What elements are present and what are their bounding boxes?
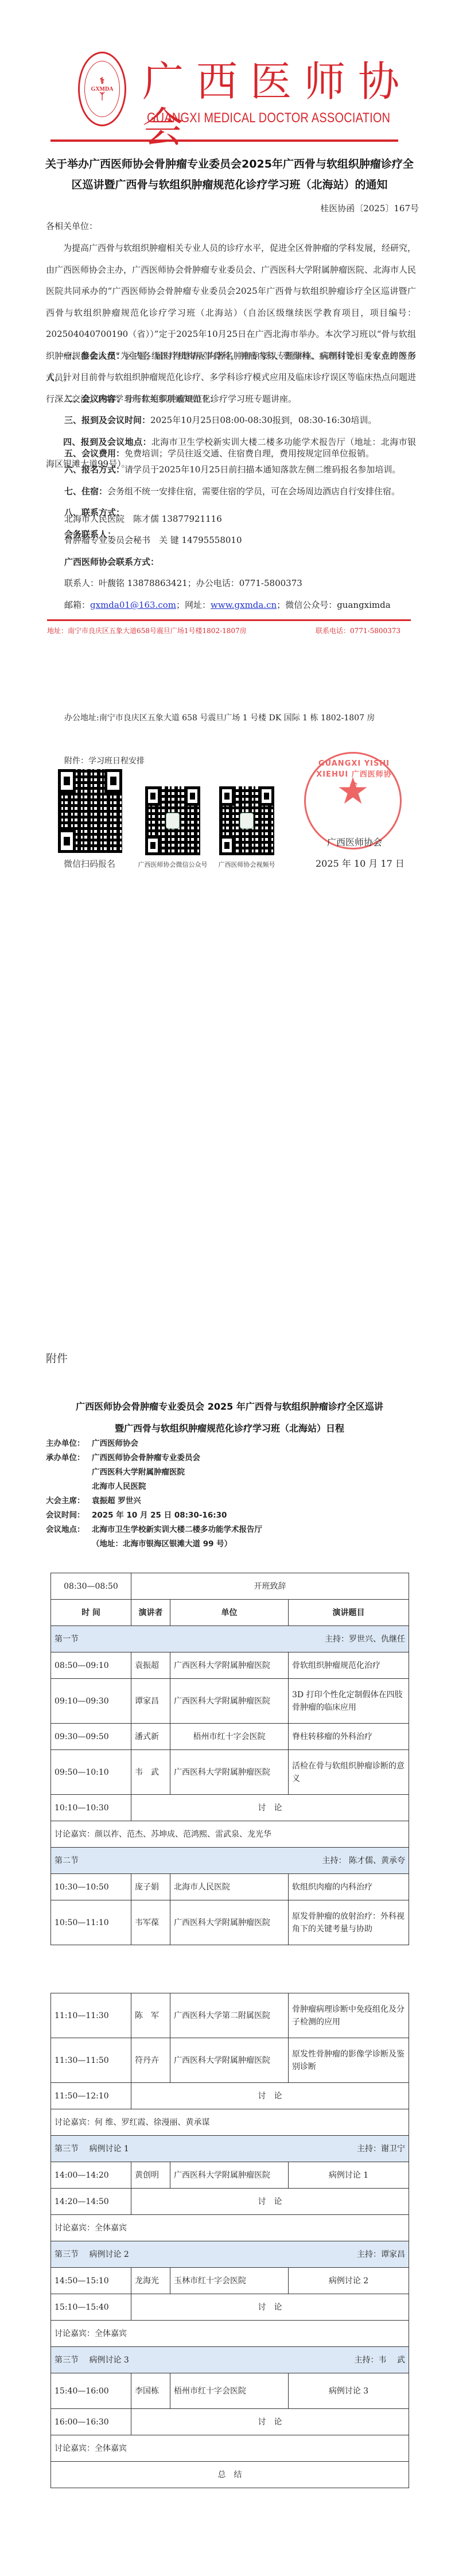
- online-contacts: 邮箱：gxmda01@163.com；网址：www.gxmda.cn；微信公众号…: [64, 595, 434, 616]
- email-link[interactable]: gxmda01@163.com: [90, 600, 176, 610]
- table-row: 15:40—16:00 李国栋 梧州市红十字会医院 病例讨论 3: [51, 2373, 409, 2409]
- event-info: 主办单位：广西医师协会 承办单位：广西医师协会骨肿瘤专业委员会 广西医科大学附属…: [46, 1437, 413, 1551]
- notice-title: 关于举办广西医师协会骨肿瘤专业委员会2025年广西骨与软组织肿瘤诊疗全 区巡讲暨…: [40, 154, 419, 195]
- table-row: 09:50—10:10 韦 武 广西医科大学附属肿瘤医院 活检在骨与软组织肿瘤诊…: [51, 1750, 409, 1795]
- schedule-table-part1: 08:30—08:50 开班致辞 时 间 演讲者 单位 演讲题目 第一节主持：罗…: [50, 1573, 409, 1945]
- letterhead: ⚕ GXMDA ᛉ 广西医师协会 GUANGXI MEDICAL DOCTOR …: [0, 46, 455, 143]
- qr-video-channel: 广西医师协会视频号: [212, 786, 281, 869]
- discussion-row: 10:10—10:30 讨 论: [51, 1795, 409, 1821]
- table-row: 14:00—14:20 黄创明 广西医科大学附属肿瘤医院 病例讨论 1: [51, 2162, 409, 2189]
- signer-org: 广西医师协会: [327, 835, 382, 848]
- section-row: 第三节 病例讨论 1主持：谢卫宁: [51, 2136, 409, 2162]
- table-row: 09:10—09:30 谭家昌 广西医科大学附属肿瘤医院 3D 打印个性化定制假…: [51, 1679, 409, 1724]
- footer-divider: [47, 619, 411, 621]
- table-row: 09:30—09:50 潘式新 梧州市红十字会医院 脊柱转移瘤的外科治疗: [51, 1724, 409, 1750]
- footer-address: 地址：南宁市良庆区五象大道658号震旦广场1号楼1802-1807房: [47, 626, 247, 635]
- header-divider: [50, 139, 398, 142]
- table-row: 14:50—15:10 龙海光 玉林市红十字会医院 病例讨论 2: [51, 2268, 409, 2294]
- attachment-note: 附件：学习班日程安排: [64, 755, 145, 766]
- item-attendees: 一、参会人员：区内各级医疗机构从事骨科，肿瘤内科、影像科、病理科等相关专业的医务…: [46, 346, 416, 389]
- association-logo-icon: ⚕ GXMDA ᛉ: [78, 52, 126, 126]
- table-row: 11:30—11:50 符丹卉 广西医科大学附属肿瘤医院 原发性骨肿瘤的影像学诊…: [51, 2038, 409, 2083]
- section-row: 第三节 病例讨论 3主持：韦 武: [51, 2347, 409, 2373]
- document-number: 桂医协函〔2025〕167号: [275, 202, 419, 214]
- footer-phone: 联系电话：0771-5800373: [316, 626, 400, 635]
- opening-row: 08:30—08:50 开班致辞: [51, 1573, 409, 1600]
- item-accommodation: 七、住宿：会务组不统一安排住宿，需要住宿的学员，可在会场周边酒店自行安排住宿。: [64, 481, 434, 503]
- table-row: 08:50—09:10 袁振超 广西医科大学附属肿瘤医院 骨软组织肿瘤规范化治疗: [51, 1652, 409, 1679]
- section-row: 第三节 病例讨论 2主持：谭家昌: [51, 2241, 409, 2268]
- guests-row: 讨论嘉宾：全体嘉宾: [51, 2435, 409, 2462]
- logo-icon: [240, 813, 253, 829]
- qr-registration: 微信扫码报名: [58, 769, 121, 870]
- assoc-contact-line: 联系人：叶馥铭 13878863421；办公电话：0771-5800373: [64, 573, 434, 595]
- qr-code-icon[interactable]: [219, 786, 274, 855]
- qr-caption: 微信扫码报名: [58, 858, 121, 870]
- wechat-id: guangximda: [337, 600, 391, 610]
- table-row: 10:50—11:10 韦军葆 广西医科大学附属肿瘤医院 原发骨肿瘤的放射治疗：…: [51, 1900, 409, 1945]
- org-name-en: GUANGXI MEDICAL DOCTOR ASSOCIATION: [147, 110, 390, 126]
- item-registration: 六、报名方式：请学员于2025年10月25日前扫描本通知落款左侧二维码报名参加培…: [64, 459, 434, 481]
- website-link[interactable]: www.gxmda.cn: [211, 600, 277, 610]
- discussion-row: 15:10—15:40 讨 论: [51, 2294, 409, 2321]
- discussion-row: 14:20—14:50 讨 论: [51, 2189, 409, 2215]
- salutation: 各相关单位：: [46, 216, 416, 238]
- table-row: 11:10—11:30 陈 军 广西医科大学第二附属医院 骨肿瘤病理诊断中免疫组…: [51, 1993, 409, 2038]
- guests-row: 讨论嘉宾：全体嘉宾: [51, 2321, 409, 2347]
- table-header: 时 间 演讲者 单位 演讲题目: [51, 1600, 409, 1626]
- contact-hospital: 北海市人民医院 陈才儒 13877921116: [64, 509, 434, 530]
- figure-icon: ᛉ: [99, 92, 105, 102]
- qr-code-icon[interactable]: [58, 769, 122, 853]
- closing-row: 总 结: [51, 2462, 409, 2488]
- qr-caption: 广西医师协会视频号: [212, 860, 281, 869]
- schedule-table-part2: 11:10—11:30 陈 军 广西医科大学第二附属医院 骨肿瘤病理诊断中免疫组…: [50, 1993, 409, 2488]
- logo-abbr: GXMDA: [91, 86, 114, 92]
- logo-icon: [166, 813, 179, 829]
- office-address: 办公地址:南宁市良庆区五象大道 658 号震旦广场 1 号楼 DK 国际 1 栋…: [64, 712, 375, 723]
- star-icon: ★: [336, 773, 369, 810]
- qr-code-icon[interactable]: [145, 786, 200, 855]
- attachment-label: 附件: [46, 1350, 68, 1365]
- sign-date: 2025 年 10 月 17 日: [316, 856, 405, 870]
- schedule-title: 广西医师协会骨肿瘤专业委员会 2025 年广西骨与软组织肿瘤诊疗全区巡讲 暨广西…: [46, 1396, 413, 1440]
- section-row: 第一节主持：罗世兴、仇继任: [51, 1626, 409, 1652]
- caduceus-icon: ⚕: [100, 77, 105, 86]
- guests-row: 讨论嘉宾：全体嘉宾: [51, 2215, 409, 2241]
- discussion-row: 11:50—12:10 讨 论: [51, 2083, 409, 2109]
- notice-title-line2: 区巡讲暨广西骨与软组织肿瘤规范化诊疗学习班（北海站）的通知: [40, 174, 419, 195]
- assoc-contact-label: 广西医师协会联系方式：: [64, 552, 434, 573]
- table-row: 10:30—10:50 庞子娟 北海市人民医院 软组织肉瘤的内科治疗: [51, 1874, 409, 1900]
- guests-row: 讨论嘉宾：何 维、罗红霞、徐漫丽、黄承谋: [51, 2109, 409, 2136]
- contact-secretary: 骨肿瘤专业委员会秘书 关 键 14795558010: [64, 530, 434, 552]
- org-name-cn: 广西医师协会: [142, 59, 455, 150]
- discussion-row: 16:00—16:30 讨 论: [51, 2409, 409, 2435]
- qr-wechat-official: 广西医师协会微信公众号: [135, 786, 210, 869]
- qr-caption: 广西医师协会微信公众号: [135, 860, 210, 869]
- section-row: 第二节主持： 陈才儒、黄承夸: [51, 1848, 409, 1874]
- guests-row: 讨论嘉宾：颜以祚、范杰、苏坤成、范鸿熙、雷武泉、龙光华: [51, 1821, 409, 1848]
- notice-title-line1: 关于举办广西医师协会骨肿瘤专业委员会2025年广西骨与软组织肿瘤诊疗全: [40, 154, 419, 174]
- item-content: 二、会议内容：骨与软组织肿瘤规范化诊疗学习班专题讲座。: [64, 389, 434, 410]
- item-time: 三、报到及会议时间：2025年10月25日08:00-08:30报到，08:30…: [64, 410, 434, 432]
